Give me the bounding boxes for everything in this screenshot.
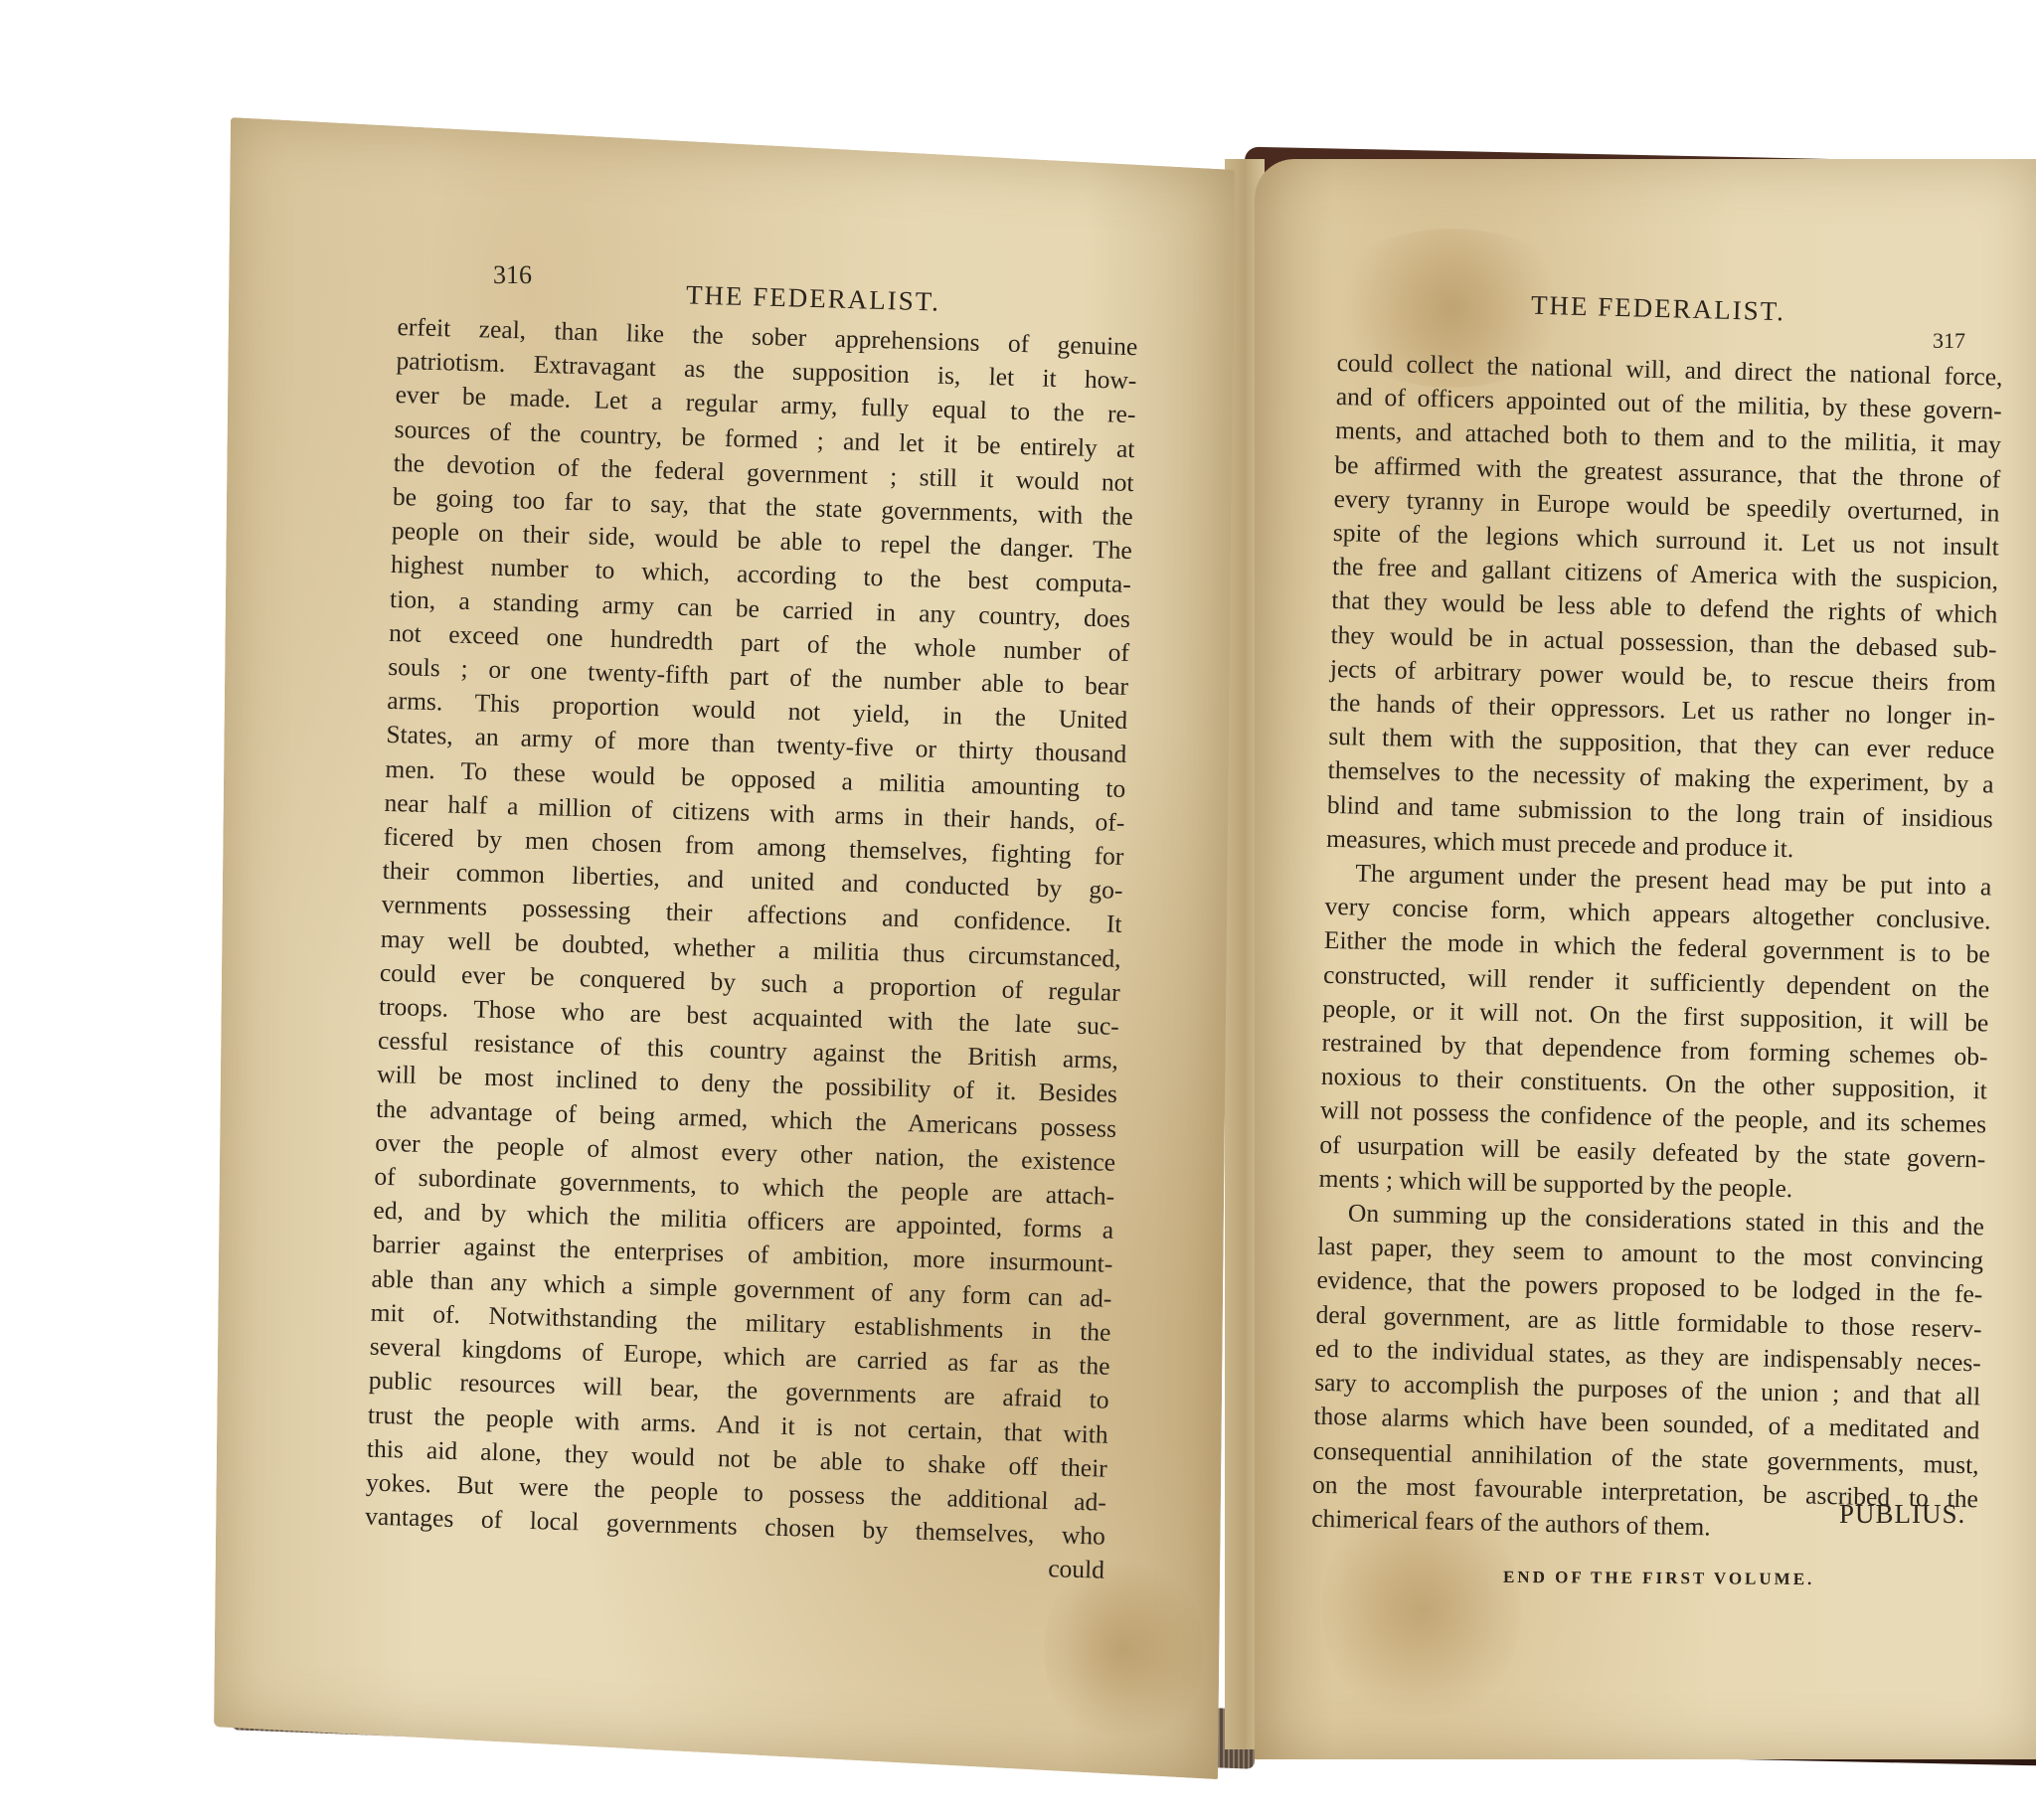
end-of-volume-note: END OF THE FIRST VOLUME. [1503, 1568, 1814, 1589]
left-page-text: erfeit zeal, than like the sober apprehe… [364, 310, 1138, 1587]
right-page-text: could collect the national will, and dir… [1311, 346, 2003, 1550]
signature-publius: PUBLIUS. [1839, 1499, 1965, 1530]
open-book: 316 THE FEDERALIST. erfeit zeal, than li… [0, 0, 2036, 1820]
left-page-number: 316 [493, 260, 532, 290]
right-page-number: 317 [1933, 328, 1965, 354]
